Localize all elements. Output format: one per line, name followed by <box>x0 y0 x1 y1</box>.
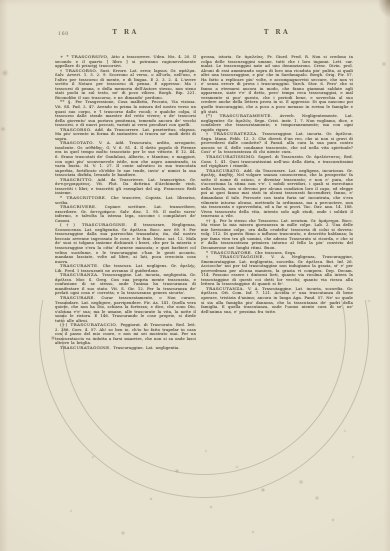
entry-headword: (†) TRASCURATACCIO. <box>60 322 120 327</box>
dictionary-entry: TRASCURATISSIMO. Superl. di Trascurato. … <box>201 155 353 169</box>
entry-headword: TRASCOTATO. <box>60 140 99 145</box>
entry-headword: TRASCURATAGGINE. <box>60 345 113 350</box>
dictionary-entry: TRASCRIVERE. Copiare scritture. Lat. tra… <box>55 205 196 223</box>
dictionary-entry: TRASCURATAGGINE. Trascuraggine. Lat. neg… <box>55 346 196 351</box>
dictionary-entry: † TRASCUTAGGINE. V. A. Negligenza, Trasc… <box>201 255 353 287</box>
dictionary-entry: †† §. Per lo stesso che Trascorso. Lat. … <box>201 219 353 251</box>
entry-headword: TRASCRITTO. <box>60 177 98 182</box>
dictionary-entry: TRASCORSO. Add. da Trascorrere. Lat. pra… <box>55 128 196 142</box>
dictionary-entry: (†) TRASCURATACCIO. Peggiorat. di Trascu… <box>55 323 196 346</box>
dictionary-entry: TRASCOTATO. V. A. Add. Trascurato, ardit… <box>55 141 196 177</box>
entry-headword: + * TRASCORSIVO, <box>60 55 111 59</box>
entry-headword: TRASCURANZA. <box>60 272 102 277</box>
foxing-spots <box>0 0 2 2</box>
entry-headword: † TRASCORSO. <box>60 68 100 73</box>
running-title-right: T RA <box>201 29 353 36</box>
page-corner-shadow <box>378 0 390 18</box>
entry-headword: † TRASCURATEZZA. <box>206 131 262 136</box>
entry-headword: ** §. <box>60 99 75 104</box>
entry-headword: TRASCURARE. <box>60 295 101 300</box>
entry-headword: †† §. <box>206 218 220 223</box>
dictionary-entry: TRASCRITTO. Add. da Trascrivere. Lat. tr… <box>55 178 196 196</box>
left-text-column: + * TRASCORSIVO, Atto a trascorrere. Ude… <box>55 55 196 439</box>
dictionary-entry: † TRASCORSO. Sust. Errore. Lat. error, l… <box>55 69 196 101</box>
entry-headword: TRASCURATISSIMO. <box>206 154 258 159</box>
entry-continuation: grossa, istoria. Gr. ἀμελείας. Fr. Giord… <box>201 55 353 114</box>
running-title-left: T RA <box>55 29 196 36</box>
entry-headword: † TRASCUTAGGINE. <box>206 254 271 259</box>
scanned-dictionary-page: 160 T RA T RA + * TRASCORSIVO, Atto a tr… <box>0 0 390 551</box>
entry-headword: * TRASCRITTORE. <box>60 195 111 200</box>
dictionary-entry: TRASCUTANZA. V. A. Trascutaggine. Lat. i… <box>201 287 353 314</box>
entry-headword: TRASCUTANZA. <box>206 286 248 291</box>
dictionary-entry: TRASCURATO. Add. da Trascurare. Lat. neg… <box>201 169 353 219</box>
entry-headword: TRASCURANTE. <box>60 263 103 268</box>
right-text-column: grossa, istoria. Gr. ἀμελείας. Fr. Giord… <box>201 55 353 439</box>
dictionary-entry: (*) TRASCURATAMENTE. Avverb. Negligentem… <box>201 114 353 132</box>
dictionary-entry: ** §. Per Trasgressione, Cosa malfatta, … <box>55 100 196 127</box>
entry-headword: TRASCORSO. <box>60 127 95 132</box>
running-head: 160 T RA T RA <box>0 29 390 41</box>
dictionary-entry: † TRASCURATEZZA. Trascuraggine. Lat. inc… <box>201 132 353 155</box>
dictionary-entry: + * TRASCORSIVO, Atto a trascorrere. Ude… <box>55 55 196 69</box>
dictionary-entry: TRASCURARE. Curar trascuratamente, o Non… <box>55 296 196 323</box>
dictionary-entry: (†) TRASCURAGGINE. Il trascurare, Neglig… <box>55 223 196 264</box>
entry-headword: TRASCRIVERE. <box>60 204 105 209</box>
dictionary-entry: TRASCURANZA. Trascuraggine. Lat. incuria… <box>55 273 196 296</box>
entry-headword: TRASCURATO. <box>206 168 244 173</box>
entry-headword: (†) TRASCURAGGINE. <box>60 222 134 227</box>
entry-headword: (*) TRASCURATAMENTE. <box>206 113 280 118</box>
